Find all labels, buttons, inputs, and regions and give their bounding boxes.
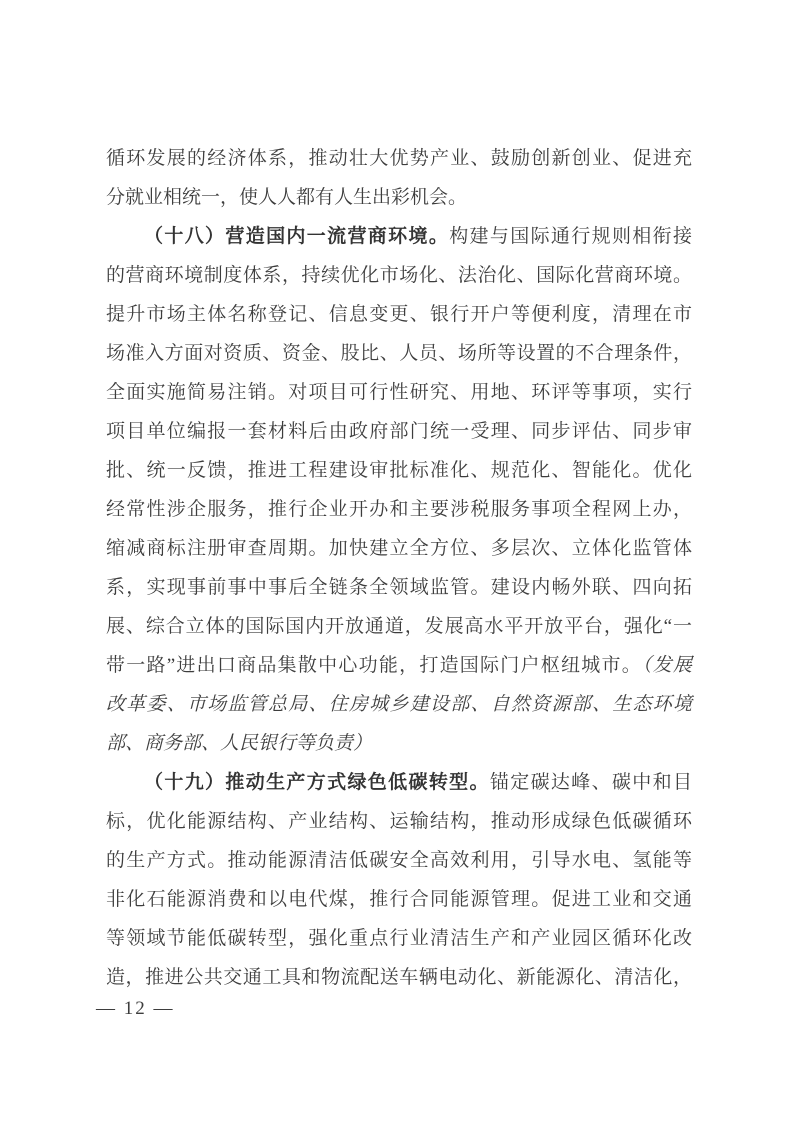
body-text-run: 造，推进公共交通工具和物流配送车辆电动化、新能源化、清洁化， xyxy=(106,967,692,988)
body-text-run: 等领域节能低碳转型，强化重点行业清洁生产和产业园区循环化改 xyxy=(106,928,692,949)
document-page: 循环发展的经济体系，推动壮大优势产业、鼓励创新创业、促进充分就业相统一，使人人都… xyxy=(0,0,794,1123)
text-line: 标，优化能源结构、产业结构、运输结构，推动形成绿色低碳循环 xyxy=(106,802,692,841)
body-text-run: 缩减商标注册审查周期。加快建立全方位、多层次、立体化监管体 xyxy=(106,538,692,559)
body-text-run: 经常性涉企服务，推行企业开办和主要涉税服务事项全程网上办， xyxy=(106,499,692,520)
body-text-run: 锚定碳达峰、碳中和目 xyxy=(490,772,692,793)
body-text-run: 项目单位编报一套材料后由政府部门统一受理、同步评估、同步审 xyxy=(106,421,692,442)
body-text-run: 构建与国际通行规则相衔接 xyxy=(449,226,692,247)
responsible-departments-run: 改革委、市场监管总局、住房城乡建设部、自然资源部、生态环境 xyxy=(106,694,692,715)
text-line: 项目单位编报一套材料后由政府部门统一受理、同步评估、同步审 xyxy=(106,412,692,451)
body-text-run: 全面实施简易注销。对项目可行性研究、用地、环评等事项，实行 xyxy=(106,382,692,403)
text-line: 分就业相统一，使人人都有人生出彩机会。 xyxy=(106,178,692,217)
body-text-run: 分就业相统一，使人人都有人生出彩机会。 xyxy=(106,187,467,208)
text-line: 缩减商标注册审查周期。加快建立全方位、多层次、立体化监管体 xyxy=(106,529,692,568)
text-line: 带一路”进出口商品集散中心功能，打造国际门户枢纽城市。（发展 xyxy=(106,646,692,685)
text-line: 造，推进公共交通工具和物流配送车辆电动化、新能源化、清洁化， xyxy=(106,958,692,997)
responsible-departments-run: 部、商务部、人民银行等负责） xyxy=(106,733,372,754)
page-number: — 12 — xyxy=(96,996,175,1022)
section-heading-run: （十九）推动生产方式绿色低碳转型。 xyxy=(144,772,490,793)
text-line: （十八）营造国内一流营商环境。构建与国际通行规则相衔接 xyxy=(106,217,692,256)
responsible-departments-run: （发展 xyxy=(642,655,692,676)
text-block: 循环发展的经济体系，推动壮大优势产业、鼓励创新创业、促进充分就业相统一，使人人都… xyxy=(106,139,692,997)
body-text-run: 系，实现事前事中事后全链条全领域监管。建设内畅外联、四向拓 xyxy=(106,577,692,598)
text-line: 等领域节能低碳转型，强化重点行业清洁生产和产业园区循环化改 xyxy=(106,919,692,958)
text-line: 提升市场主体名称登记、信息变更、银行开户等便利度，清理在市 xyxy=(106,295,692,334)
text-line: 非化石能源消费和以电代煤，推行合同能源管理。促进工业和交通 xyxy=(106,880,692,919)
text-line: （十九）推动生产方式绿色低碳转型。锚定碳达峰、碳中和目 xyxy=(106,763,692,802)
body-text-run: 的生产方式。推动能源清洁低碳安全高效利用，引导水电、氢能等 xyxy=(106,850,692,871)
body-text-run: 非化石能源消费和以电代煤，推行合同能源管理。促进工业和交通 xyxy=(106,889,692,910)
text-line: 全面实施简易注销。对项目可行性研究、用地、环评等事项，实行 xyxy=(106,373,692,412)
text-line: 的营商环境制度体系，持续优化市场化、法治化、国际化营商环境。 xyxy=(106,256,692,295)
body-text-run: 场准入方面对资质、资金、股比、人员、场所等设置的不合理条件， xyxy=(106,343,692,364)
text-line: 展、综合立体的国际国内开放通道，发展高水平开放平台，强化“一 xyxy=(106,607,692,646)
text-line: 改革委、市场监管总局、住房城乡建设部、自然资源部、生态环境 xyxy=(106,685,692,724)
text-line: 场准入方面对资质、资金、股比、人员、场所等设置的不合理条件， xyxy=(106,334,692,373)
text-line: 部、商务部、人民银行等负责） xyxy=(106,724,692,763)
body-text-run: 展、综合立体的国际国内开放通道，发展高水平开放平台，强化“一 xyxy=(106,616,692,637)
body-text-run: 批、统一反馈，推进工程建设审批标准化、规范化、智能化。优化 xyxy=(106,460,692,481)
text-line: 经常性涉企服务，推行企业开办和主要涉税服务事项全程网上办， xyxy=(106,490,692,529)
body-text-run: 循环发展的经济体系，推动壮大优势产业、鼓励创新创业、促进充 xyxy=(106,148,692,169)
text-line: 批、统一反馈，推进工程建设审批标准化、规范化、智能化。优化 xyxy=(106,451,692,490)
text-line: 循环发展的经济体系，推动壮大优势产业、鼓励创新创业、促进充 xyxy=(106,139,692,178)
text-line: 的生产方式。推动能源清洁低碳安全高效利用，引导水电、氢能等 xyxy=(106,841,692,880)
body-text-run: 提升市场主体名称登记、信息变更、银行开户等便利度，清理在市 xyxy=(106,304,692,325)
body-text-run: 的营商环境制度体系，持续优化市场化、法治化、国际化营商环境。 xyxy=(106,265,692,286)
body-text-run: 带一路”进出口商品集散中心功能，打造国际门户枢纽城市。 xyxy=(106,655,642,676)
section-heading-run: （十八）营造国内一流营商环境。 xyxy=(144,226,449,247)
text-line: 系，实现事前事中事后全链条全领域监管。建设内畅外联、四向拓 xyxy=(106,568,692,607)
body-text-run: 标，优化能源结构、产业结构、运输结构，推动形成绿色低碳循环 xyxy=(106,811,692,832)
